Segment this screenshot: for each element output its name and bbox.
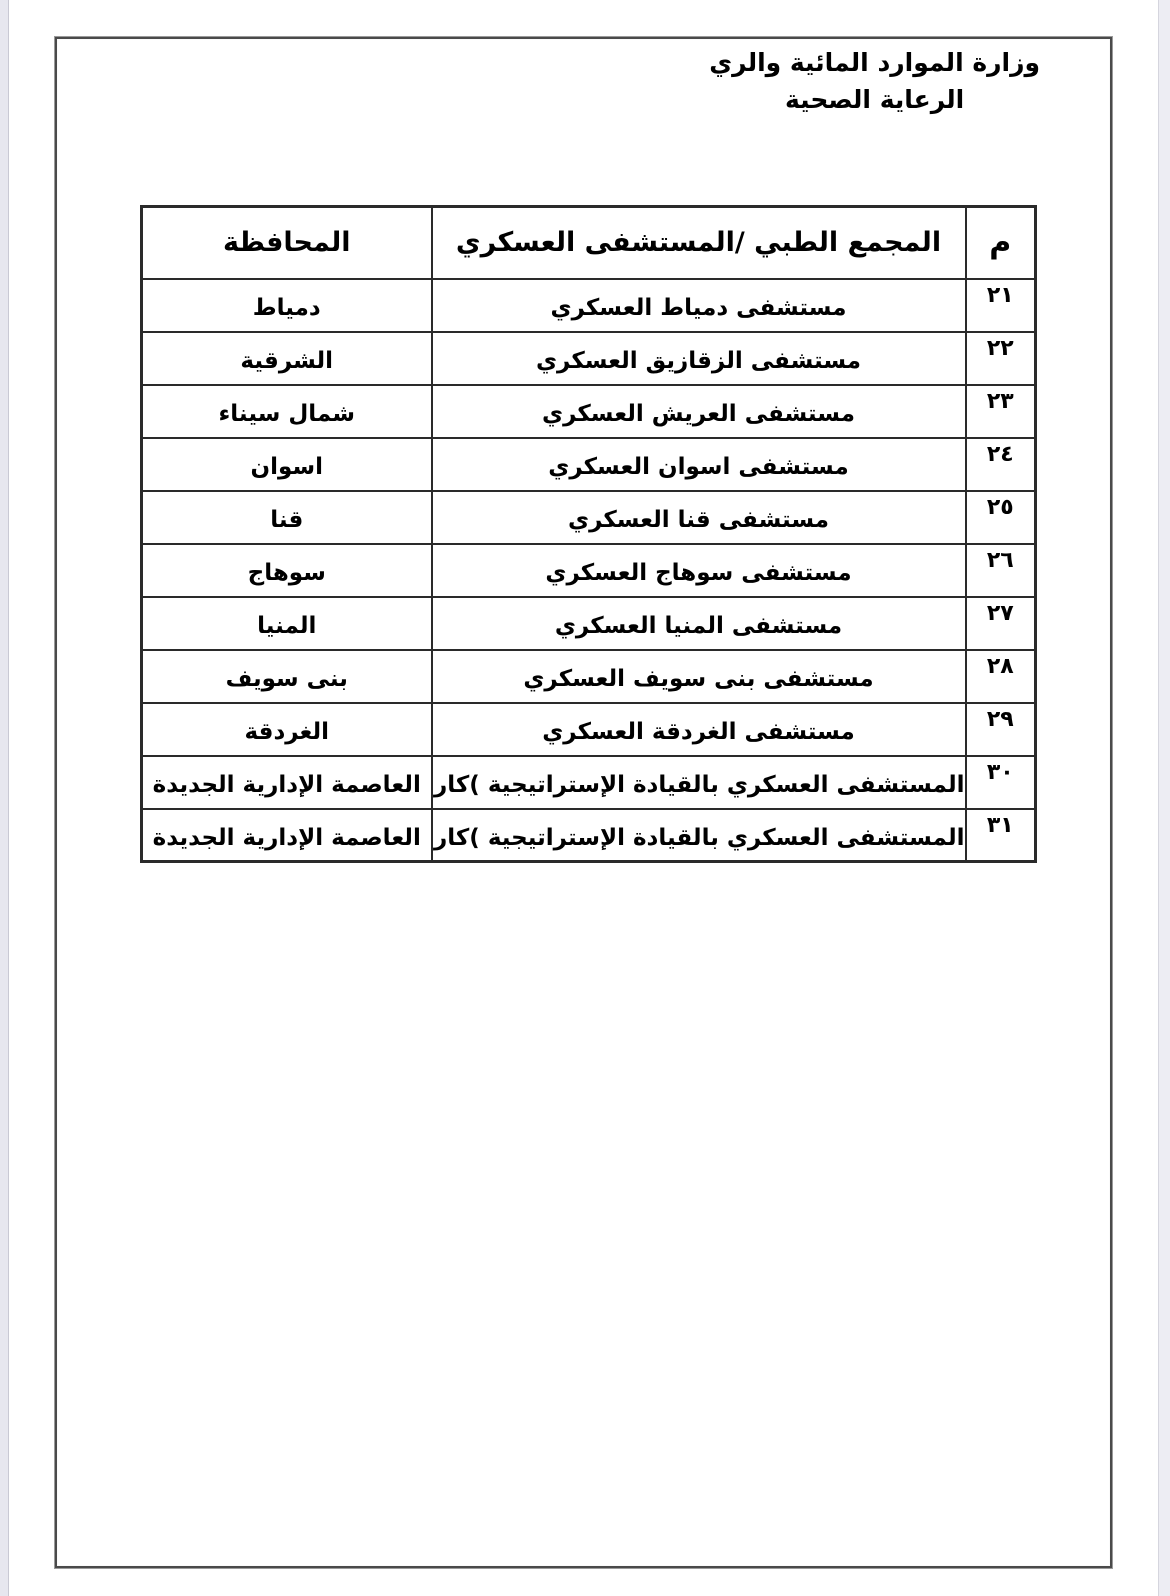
hospital-name-cell: مستشفى اسوان العسكري bbox=[432, 438, 966, 491]
column-header-number: م bbox=[966, 207, 1036, 279]
governorate-cell: قنا bbox=[142, 491, 432, 544]
governorate-cell: المنيا bbox=[142, 597, 432, 650]
table-header-row: م المجمع الطبي /المستشفى العسكري المحافظ… bbox=[142, 207, 1036, 279]
governorate-cell: الغردقة bbox=[142, 703, 432, 756]
hospitals-table-container: م المجمع الطبي /المستشفى العسكري المحافظ… bbox=[143, 205, 1037, 863]
hospital-name-cell: المستشفى العسكري بالقيادة الإستراتيجية )… bbox=[432, 756, 966, 809]
row-number-cell: ٢٩ bbox=[966, 703, 1036, 756]
governorate-cell: الشرقية bbox=[142, 332, 432, 385]
table-row: ٢١مستشفى دمياط العسكريدمياط bbox=[142, 279, 1036, 332]
governorate-cell: العاصمة الإدارية الجديدة bbox=[142, 756, 432, 809]
document-header: وزارة الموارد المائية والري الرعاية الصح… bbox=[709, 44, 1040, 118]
row-number-cell: ٣١ bbox=[966, 809, 1036, 862]
hospital-name-cell: مستشفى بنى سويف العسكري bbox=[432, 650, 966, 703]
table-row: ٢٢مستشفى الزقازيق العسكريالشرقية bbox=[142, 332, 1036, 385]
governorate-cell: سوهاج bbox=[142, 544, 432, 597]
ministry-title: وزارة الموارد المائية والري bbox=[709, 44, 1040, 81]
department-title: الرعاية الصحية bbox=[709, 81, 1040, 118]
table-row: ٢٩مستشفى الغردقة العسكريالغردقة bbox=[142, 703, 1036, 756]
row-number-cell: ٢٣ bbox=[966, 385, 1036, 438]
hospital-name-cell: المستشفى العسكري بالقيادة الإستراتيجية )… bbox=[432, 809, 966, 862]
row-number-cell: ٢٤ bbox=[966, 438, 1036, 491]
table-row: ٢٨مستشفى بنى سويف العسكريبنى سويف bbox=[142, 650, 1036, 703]
table-row: ٢٦مستشفى سوهاج العسكريسوهاج bbox=[142, 544, 1036, 597]
column-header-hospital: المجمع الطبي /المستشفى العسكري bbox=[432, 207, 966, 279]
row-number-cell: ٢١ bbox=[966, 279, 1036, 332]
scanned-document-page: { "header": { "line1": "وزارة الموارد ال… bbox=[0, 0, 1170, 1596]
hospital-name-cell: مستشفى سوهاج العسكري bbox=[432, 544, 966, 597]
row-number-cell: ٣٠ bbox=[966, 756, 1036, 809]
governorate-cell: بنى سويف bbox=[142, 650, 432, 703]
governorate-cell: اسوان bbox=[142, 438, 432, 491]
row-number-cell: ٢٨ bbox=[966, 650, 1036, 703]
hospital-name-cell: مستشفى العريش العسكري bbox=[432, 385, 966, 438]
governorate-cell: العاصمة الإدارية الجديدة bbox=[142, 809, 432, 862]
hospital-name-cell: مستشفى الغردقة العسكري bbox=[432, 703, 966, 756]
row-number-cell: ٢٧ bbox=[966, 597, 1036, 650]
table-row: ٢٧مستشفى المنيا العسكريالمنيا bbox=[142, 597, 1036, 650]
hospital-name-cell: مستشفى قنا العسكري bbox=[432, 491, 966, 544]
governorate-cell: شمال سيناء bbox=[142, 385, 432, 438]
hospital-name-cell: مستشفى دمياط العسكري bbox=[432, 279, 966, 332]
hospital-name-cell: مستشفى المنيا العسكري bbox=[432, 597, 966, 650]
row-number-cell: ٢٢ bbox=[966, 332, 1036, 385]
table-row: ٢٣مستشفى العريش العسكريشمال سيناء bbox=[142, 385, 1036, 438]
row-number-cell: ٢٦ bbox=[966, 544, 1036, 597]
table-row: ٢٥مستشفى قنا العسكريقنا bbox=[142, 491, 1036, 544]
scan-edge-left bbox=[0, 0, 9, 1596]
column-header-governorate: المحافظة bbox=[142, 207, 432, 279]
table-row: ٢٤مستشفى اسوان العسكرياسوان bbox=[142, 438, 1036, 491]
table-row: ٣١المستشفى العسكري بالقيادة الإستراتيجية… bbox=[142, 809, 1036, 862]
governorate-cell: دمياط bbox=[142, 279, 432, 332]
table-row: ٣٠المستشفى العسكري بالقيادة الإستراتيجية… bbox=[142, 756, 1036, 809]
scan-edge-right bbox=[1158, 0, 1170, 1596]
hospitals-table: م المجمع الطبي /المستشفى العسكري المحافظ… bbox=[140, 205, 1037, 863]
hospitals-table-body: ٢١مستشفى دمياط العسكريدمياط٢٢مستشفى الزق… bbox=[142, 279, 1036, 862]
hospital-name-cell: مستشفى الزقازيق العسكري bbox=[432, 332, 966, 385]
row-number-cell: ٢٥ bbox=[966, 491, 1036, 544]
